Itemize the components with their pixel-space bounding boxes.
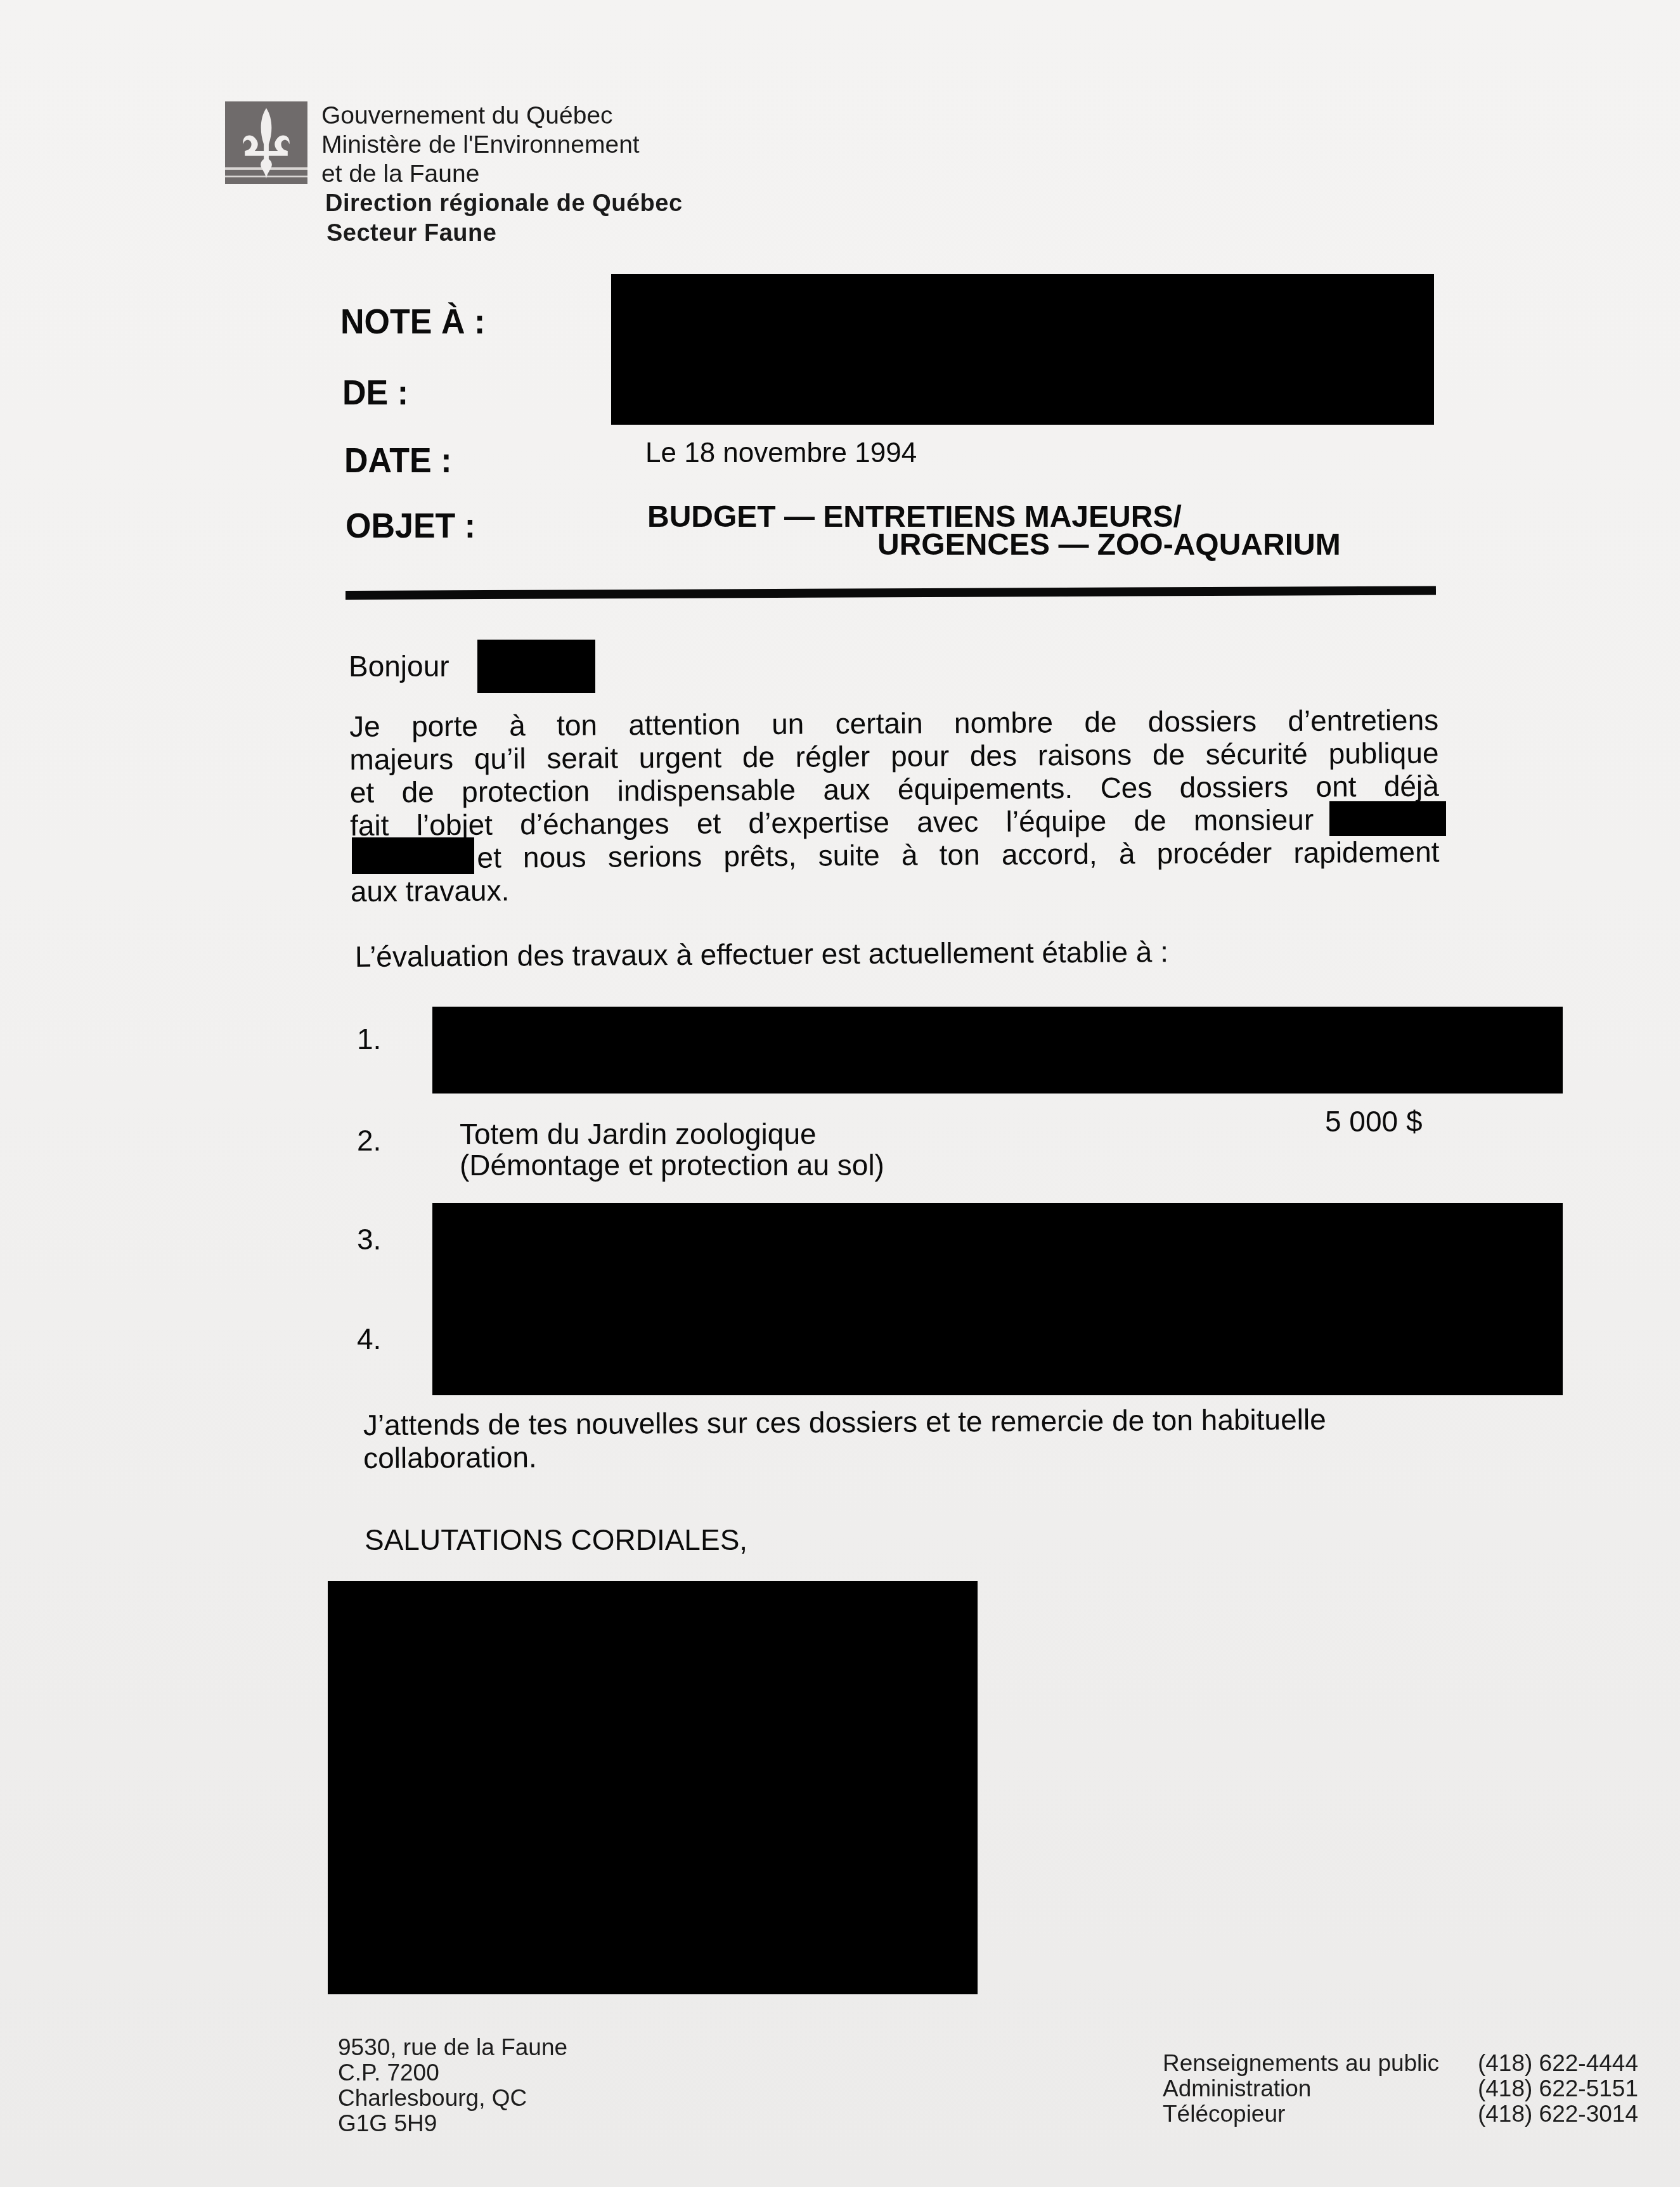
greeting: Bonjour	[349, 650, 449, 683]
salutation: SALUTATIONS CORDIALES,	[365, 1523, 747, 1556]
subject-label: OBJET :	[346, 506, 475, 546]
to-label: NOTE À :	[340, 302, 485, 342]
closing-text: J’attends de tes nouvelles sur ces dossi…	[363, 1403, 1326, 1442]
contact-row: Télécopieur (418) 622-3014	[1163, 2101, 1638, 2127]
item-number: 4.	[357, 1322, 381, 1356]
redacted-name	[1329, 801, 1446, 836]
contact-phone: (418) 622-3014	[1478, 2101, 1638, 2127]
contact-phone: (418) 622-5151	[1478, 2076, 1638, 2101]
paragraph-line: aux travaux.	[351, 868, 1440, 908]
contact-label: Administration	[1163, 2076, 1311, 2101]
item-number: 1.	[357, 1022, 381, 1056]
address-line: G1G 5H9	[338, 2111, 567, 2136]
letterhead-government: Gouvernement du Québec	[321, 101, 613, 131]
date-value: Le 18 novembre 1994	[645, 437, 917, 469]
redacted-signature	[328, 1581, 978, 1994]
letterhead-sector: Secteur Faune	[326, 219, 496, 248]
contact-phone: (418) 622-4444	[1478, 2051, 1638, 2076]
item-number: 3.	[357, 1222, 381, 1256]
paragraph-line: fait l’objet d’échanges et d’expertise a…	[350, 803, 1314, 842]
item-number: 2.	[357, 1123, 381, 1158]
contact-row: Renseignements au public (418) 622-4444	[1163, 2051, 1638, 2076]
item-2-title: Totem du Jardin zoologique	[460, 1118, 817, 1151]
from-label: DE :	[342, 373, 408, 413]
contact-label: Télécopieur	[1163, 2101, 1285, 2127]
closing-line: J’attends de tes nouvelles sur ces dossi…	[363, 1403, 1326, 1474]
subject-line-2: URGENCES — ZOO-AQUARIUM	[877, 527, 1341, 562]
footer-contacts: Renseignements au public (418) 622-4444 …	[1163, 2051, 1638, 2127]
paragraph-intro: Je porte à ton attention un certain nomb…	[349, 704, 1440, 908]
letterhead-direction: Direction régionale de Québec	[325, 189, 683, 218]
address-line: Charlesbourg, QC	[338, 2086, 567, 2111]
contact-row: Administration (418) 622-5151	[1163, 2076, 1638, 2101]
redacted-recipient-sender	[611, 274, 1434, 425]
evaluation-intro: L’évaluation des travaux à effectuer est…	[355, 935, 1168, 973]
closing-text: collaboration.	[363, 1436, 1326, 1474]
paragraph-line: et nous serions prêts, suite à ton accor…	[350, 835, 1439, 875]
letterhead-ministry: Ministère de l'Environnement	[321, 131, 640, 160]
address-line: 9530, rue de la Faune	[338, 2035, 567, 2060]
redacted-name	[352, 837, 474, 874]
memo-page: Gouvernement du Québec Ministère de l'En…	[0, 0, 1680, 2187]
fleur-de-lis-icon	[225, 101, 307, 184]
redacted-item-1	[432, 1007, 1563, 1093]
letterhead-ministry-cont: et de la Faune	[321, 160, 479, 189]
address-line: C.P. 7200	[338, 2060, 567, 2086]
header-divider	[346, 586, 1436, 600]
item-2-amount: 5 000 $	[1325, 1104, 1422, 1139]
redacted-recipient-name	[477, 640, 595, 693]
contact-label: Renseignements au public	[1163, 2051, 1439, 2076]
footer-address: 9530, rue de la Faune C.P. 7200 Charlesb…	[338, 2035, 567, 2136]
date-label: DATE :	[344, 441, 451, 481]
redacted-items-3-4	[432, 1203, 1563, 1395]
item-2-subtitle: (Démontage et protection au sol)	[460, 1149, 884, 1182]
